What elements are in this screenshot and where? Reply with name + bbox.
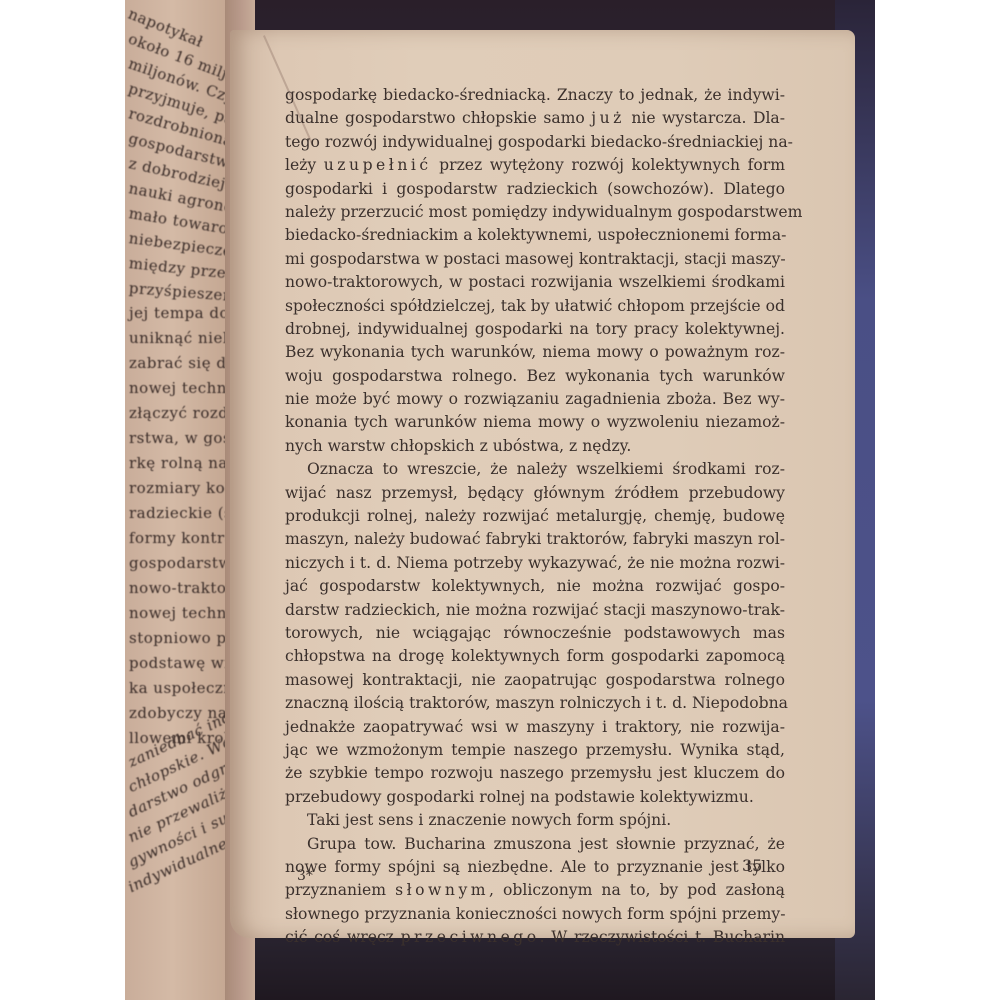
text-line: jać gospodarstw kolektywnych, nie można …	[285, 575, 785, 598]
text-line: maszyn, należy budować fabryki traktorów…	[285, 528, 785, 551]
text-line: słownego przyznania konieczności nowych …	[285, 903, 785, 926]
text-line: społeczności spółdzielczej, tak by ułatw…	[285, 295, 785, 318]
text-line: produkcji rolnej, należy rozwijać metalu…	[285, 505, 785, 528]
page-body-text: gospodarkę biedacko-średniacką. Znaczy t…	[285, 84, 785, 949]
emphasis: przeciwnego	[401, 928, 540, 946]
text-line: wijać nasz przemysł, będący głównym źród…	[285, 482, 785, 505]
text-line: znaczną ilością traktorów, maszyn rolnic…	[285, 692, 785, 715]
text-line: darstw radzieckich, nie można rozwijać s…	[285, 599, 785, 622]
text-line: należy przerzucić most pomiędzy indywidu…	[285, 201, 785, 224]
text-line: jąc we wzmożonym tempie naszego przemysł…	[285, 739, 785, 762]
emphasis: już	[591, 109, 625, 127]
text-line: jednakże zaopatrywać wsi w maszyny i tra…	[285, 716, 785, 739]
text-line: konania tych warunków niema mowy o wyzwo…	[285, 411, 785, 434]
page-number: 35	[742, 856, 762, 875]
text-line: torowych, nie wciągając równocześnie pod…	[285, 622, 785, 645]
text-line: Bez wykonania tych warunków, niema mowy …	[285, 341, 785, 364]
text-line: dualne gospodarstwo chłopskie samo już n…	[285, 107, 785, 130]
text-line: gospodarkę biedacko-średniacką. Znaczy t…	[285, 84, 785, 107]
text-line: chłopstwa na drogę kolektywnych form gos…	[285, 645, 785, 668]
text-line: Oznacza to wreszcie, że należy wszelkiem…	[285, 458, 785, 481]
text-line: leży uzupełnić przez wytężony rozwój kol…	[285, 154, 785, 177]
text-line: niczych i t. d. Niema potrzeby wykazywać…	[285, 552, 785, 575]
text-line: nych warstw chłopskich z ubóstwa, z nędz…	[285, 435, 785, 458]
book-photo: napotykałokoło 16 miljonówmiljonów. Czyp…	[125, 0, 875, 1000]
text-line: nowo-traktorowych, w postaci rozwijania …	[285, 271, 785, 294]
text-line: cić coś wręcz przeciwnego. W rzeczywisto…	[285, 926, 785, 949]
text-line: drobnej, indywidualnej gospodarki na tor…	[285, 318, 785, 341]
text-line: przyznaniem słownym, obliczonym na to, b…	[285, 879, 785, 902]
text-line: woju gospodarstwa rolnego. Bez wykonania…	[285, 365, 785, 388]
text-line: biedacko-średniackim a kolektywnemi, usp…	[285, 224, 785, 247]
text-line: że szybkie tempo rozwoju naszego przemys…	[285, 762, 785, 785]
text-line: Taki jest sens i znaczenie nowych form s…	[285, 809, 785, 832]
text-line: masowej kontraktacji, nie zaopatrując go…	[285, 669, 785, 692]
text-line: przebudowy gospodarki rolnej na podstawi…	[285, 786, 785, 809]
emphasis: słownym	[395, 881, 489, 899]
text-line: gospodarki i gospodarstw radzieckich (so…	[285, 178, 785, 201]
text-line: nie może być mowy o rozwiązaniu zagadnie…	[285, 388, 785, 411]
text-line: Grupa tow. Bucharina zmuszona jest słown…	[285, 833, 785, 856]
text-line: nowe formy spójni są niezbędne. Ale to p…	[285, 856, 785, 879]
text-line: tego rozwój indywidualnej gospodarki bie…	[285, 131, 785, 154]
signature-mark: 3*	[297, 868, 313, 884]
text-line: mi gospodarstwa w postaci masowej kontra…	[285, 248, 785, 271]
emphasis: uzupełnić	[324, 156, 432, 174]
